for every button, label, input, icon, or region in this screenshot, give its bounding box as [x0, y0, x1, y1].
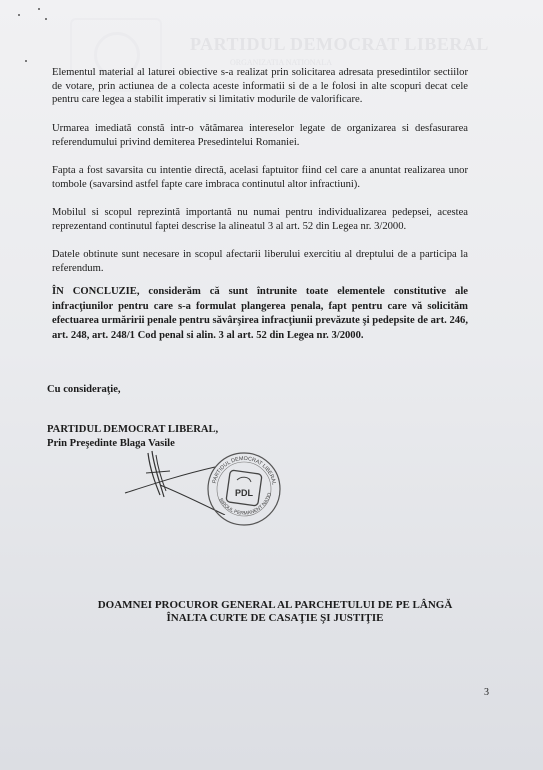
- paragraph-immediate-consequence: Urmarea imediată constă intr-o vătămarea…: [52, 122, 468, 149]
- stamp-logo-text: PDL: [235, 488, 254, 498]
- addressee-line-2: ÎNALTA CURTE DE CASAŢIE ŞI JUSTIŢIE: [60, 612, 490, 625]
- organization-name: PARTIDUL DEMOCRAT LIBERAL,: [47, 424, 218, 435]
- party-stamp: PARTIDUL DEMOCRAT LIBERAL BIROUL PERMANE…: [205, 450, 283, 528]
- document-page: PARTIDUL DEMOCRAT LIBERAL ORGANIZATIA NA…: [0, 0, 543, 770]
- paragraph-data-purpose: Datele obtinute sunt necesare in scopul …: [52, 248, 468, 275]
- salutation: Cu consideraţie,: [47, 384, 121, 395]
- page-number: 3: [484, 687, 489, 698]
- paragraph-motive: Mobilul si scopul reprezintă importantă …: [52, 206, 468, 233]
- stamp-rose-icon: [237, 477, 251, 482]
- paragraph-material-element: Elementul material al laturei obiective …: [52, 66, 468, 107]
- addressee-line-1: DOAMNEI PROCUROR GENERAL AL PARCHETULUI …: [60, 599, 490, 612]
- paragraph-direct-intent: Fapta a fost savarsita cu intentie direc…: [52, 164, 468, 191]
- show-through-letterhead-title: PARTIDUL DEMOCRAT LIBERAL: [190, 34, 489, 55]
- conclusion-paragraph: ÎN CONCLUZIE, considerăm că sunt întruni…: [52, 285, 468, 343]
